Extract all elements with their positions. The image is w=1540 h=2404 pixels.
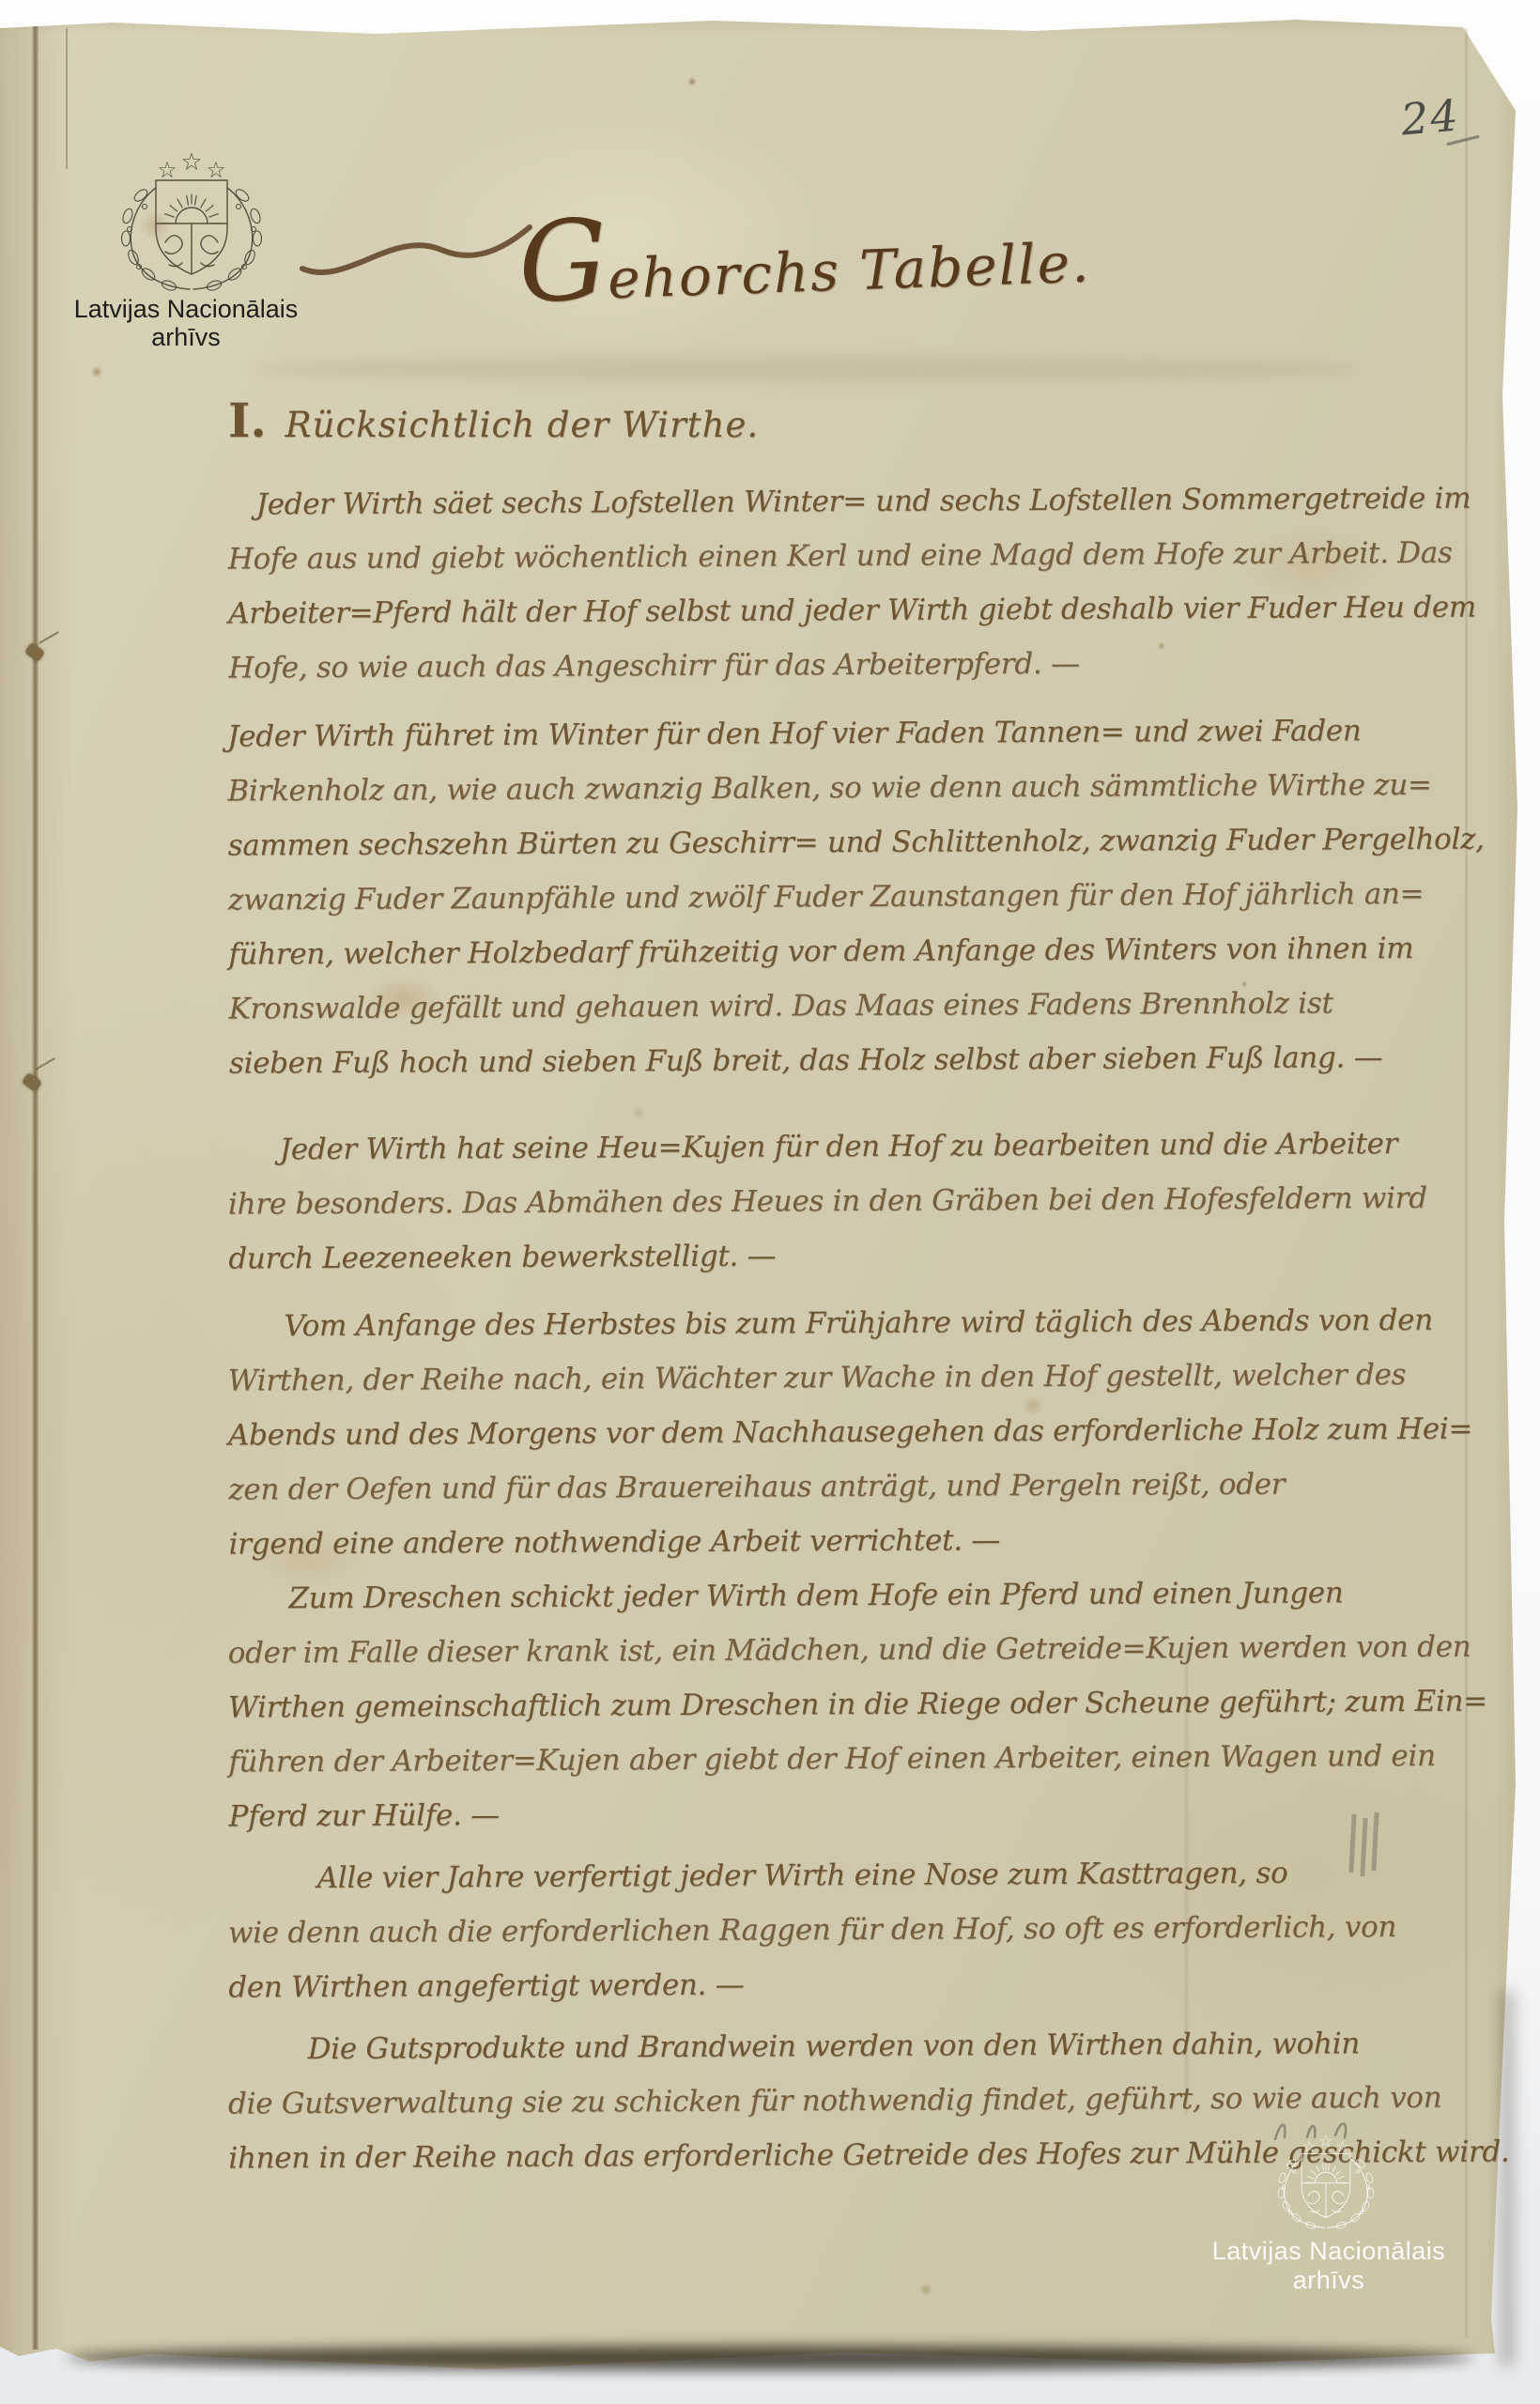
manuscript-line: ihre besonders. Das Abmähen des Heues in… — [228, 1170, 1501, 1231]
manuscript-line: Jeder Wirth säet sechs Lofstellen Winter… — [227, 470, 1500, 532]
manuscript-line: wie denn auch die erforderlichen Raggen … — [228, 1899, 1501, 1960]
manuscript-paragraph: Jeder Wirth hat seine Heu=Kujen für den … — [228, 1116, 1501, 1286]
manuscript-line: Wirthen, der Reihe nach, ein Wächter zur… — [228, 1347, 1501, 1408]
title-text: ehorchs Tabelle. — [607, 230, 1091, 311]
title-flourish — [299, 214, 533, 293]
manuscript-line: Pferd zur Hülfe. — — [228, 1782, 1501, 1843]
document-scan: Latvijas Nacionālais arhīvs 24 Gehorchs … — [0, 0, 1540, 2404]
manuscript-line: Wirthen gemeinschaftlich zum Dreschen in… — [228, 1673, 1501, 1734]
binding-fold — [32, 26, 38, 2350]
page-number: 24 — [1399, 89, 1462, 145]
manuscript-paragraph: Alle vier Jahre verfertigt jeder Wirth e… — [228, 1844, 1501, 2014]
manuscript-line: Zum Dreschen schickt jeder Wirth dem Hof… — [227, 1564, 1500, 1626]
watermark-line1: Latvijas Nacionālais — [1207, 2237, 1451, 2266]
manuscript-line: durch Leezeneeken bewerkstelligt. — — [228, 1225, 1501, 1286]
coat-of-arms-watermark-icon — [1270, 2132, 1382, 2233]
document-title: Gehorchs Tabelle. — [516, 177, 1092, 327]
manuscript-line: Hofe aus und giebt wöchentlich einen Ker… — [228, 525, 1501, 586]
manuscript-line: Jeder Wirth hat seine Heu=Kujen für den … — [228, 1116, 1501, 1177]
page-bottom-shadow — [66, 2346, 1474, 2370]
manuscript-paragraph: Jeder Wirth säet sechs Lofstellen Winter… — [227, 470, 1501, 695]
manuscript-line: Birkenholz an, wie auch zwanzig Balken, … — [227, 757, 1500, 818]
manuscript-paragraph: Zum Dreschen schickt jeder Wirth dem Hof… — [227, 1564, 1501, 1843]
manuscript-line: Abends und des Morgens vor dem Nachhause… — [228, 1401, 1501, 1462]
manuscript-line: zen der Oefen und für das Brauereihaus a… — [228, 1456, 1501, 1517]
manuscript-line: oder im Falle dieser krank ist, ein Mädc… — [228, 1619, 1501, 1680]
manuscript-line: Vom Anfange des Herbstes bis zum Frühjah… — [227, 1292, 1500, 1353]
manuscript-line: irgend eine andere nothwendige Arbeit ve… — [228, 1510, 1501, 1571]
archive-watermark-label: Latvijas Nacionālais arhīvs — [1207, 2237, 1451, 2295]
manuscript-line: sammen sechszehn Bürten zu Geschirr= und… — [228, 811, 1501, 872]
manuscript-line: Arbeiter=Pferd hält der Hof selbst und j… — [228, 579, 1501, 640]
manuscript-line: den Wirthen angefertigt werden. — — [228, 1953, 1501, 2014]
manuscript-paragraph: Vom Anfange des Herbstes bis zum Frühjah… — [227, 1292, 1501, 1571]
manuscript-line: Jeder Wirth führet im Winter für den Hof… — [227, 702, 1500, 763]
manuscript-paragraph: Jeder Wirth führet im Winter für den Hof… — [227, 702, 1501, 1090]
page-right-shadow — [1501, 1991, 1514, 2366]
manuscript-line: Die Gutsprodukte und Brandwein werden vo… — [228, 2015, 1501, 2076]
archive-name-line1: Latvijas Nacionālais — [38, 295, 334, 323]
archive-name-line2: arhīvs — [38, 323, 334, 351]
section-title: Rücksichtlich der Wirthe. — [285, 405, 759, 445]
binding-fold-secondary — [66, 28, 68, 169]
coat-of-arms-icon — [109, 148, 274, 297]
manuscript-line: zwanzig Fuder Zaunpfähle und zwölf Fuder… — [228, 866, 1501, 927]
section-heading: I.Rücksichtlich der Wirthe. — [228, 393, 759, 448]
section-numeral: I. — [228, 393, 267, 448]
manuscript-line: führen der Arbeiter=Kujen aber giebt der… — [228, 1728, 1501, 1789]
archive-stamp-label: Latvijas Nacionālais arhīvs — [38, 295, 334, 351]
manuscript-line: führen, welcher Holzbedarf frühzeitig vo… — [228, 920, 1501, 981]
ink-smudge — [254, 357, 1362, 381]
manuscript-line: Kronswalde gefällt und gehauen wird. Das… — [228, 975, 1501, 1036]
manuscript-line: Hofe, so wie auch das Angeschirr für das… — [228, 634, 1501, 695]
manuscript-line: Alle vier Jahre verfertigt jeder Wirth e… — [228, 1844, 1501, 1905]
manuscript-line: sieben Fuß hoch und sieben Fuß breit, da… — [229, 1029, 1501, 1090]
watermark-line2: arhīvs — [1207, 2266, 1451, 2295]
title-initial: G — [516, 194, 609, 327]
